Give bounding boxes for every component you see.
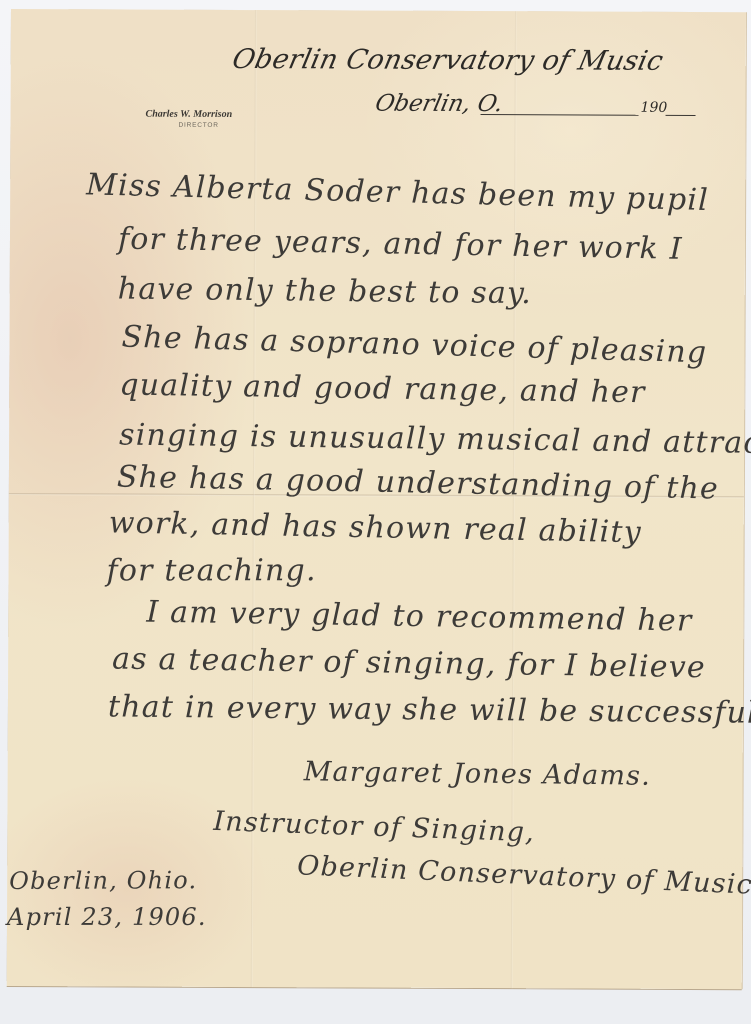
body-line-2: for three years, and for her work I: [118, 221, 683, 266]
body-line-5: quality and good range, and her: [119, 367, 646, 410]
body-line-7: She has a good understanding of the: [117, 459, 720, 506]
body-line-3: have only the best to say.: [118, 271, 533, 311]
body-line-8: work, and has shown real ability: [108, 505, 642, 550]
letter-paper: Oberlin Conservatory of Music Charles W.…: [7, 9, 746, 989]
dateline-date: April 23, 1906.: [7, 903, 207, 931]
body-line-11: as a teacher of singing, for I believe: [112, 641, 706, 685]
body-line-9: for teaching.: [107, 553, 317, 588]
body-line-1: Miss Alberta Soder has been my pupil: [86, 167, 710, 218]
body-line-12: that in every way she will be successful: [108, 689, 751, 730]
letterhead-director-name: Charles W. Morrison: [146, 109, 233, 120]
signature-title: Instructor of Singing,: [213, 806, 536, 848]
signature-name: Margaret Jones Adams.: [303, 756, 651, 792]
date-blank-rule: [481, 114, 639, 116]
dateline-place: Oberlin, Ohio.: [9, 866, 197, 895]
body-line-4: She has a soprano voice of pleasing: [121, 319, 708, 370]
body-line-6: singing is unusually musical and attract…: [119, 417, 751, 461]
letterhead-year-prefix: 190: [641, 100, 668, 116]
year-blank-rule: [666, 115, 696, 116]
scanned-document: Oberlin Conservatory of Music Charles W.…: [0, 0, 751, 1024]
signature-institution: Oberlin Conservatory of Music: [297, 850, 751, 900]
body-line-10: I am very glad to recommend her: [146, 595, 693, 639]
letterhead-institution: Oberlin Conservatory of Music: [229, 44, 666, 77]
vertical-fold-crease-left: [251, 10, 257, 987]
letterhead-director-title: DIRECTOR: [178, 122, 218, 129]
